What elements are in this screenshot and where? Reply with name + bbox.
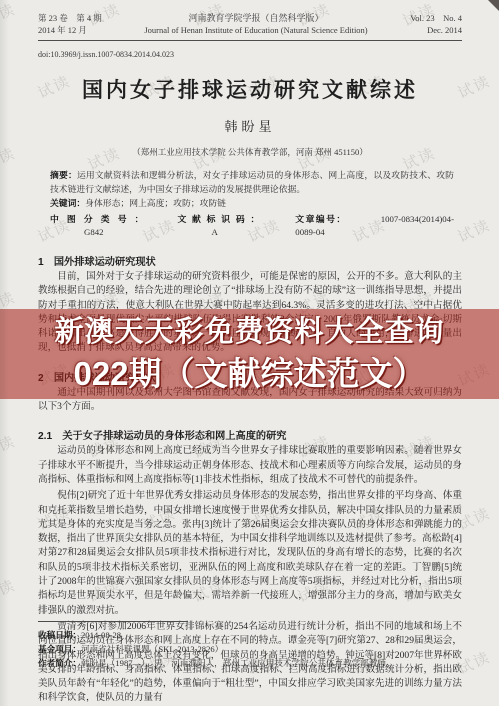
abstract-text: 运用文献资料法和逻辑分析法，对女子排球运动员的身体形态、网上高度，以及攻防技术、… — [50, 170, 454, 194]
issue-date-cn: 2014 年 12 月 — [38, 25, 128, 37]
author-bio-line: 作者简介：韩盼星（1987—），男，河南濮阳人，郑州工业应用技术学院公共体育教学… — [38, 656, 462, 670]
section-2-1-paragraph-2: 倪伟[2]研究了近十年世界优秀女排运动员身体形态的发展态势，指出世界女排的平均身… — [38, 489, 462, 618]
spam-overlay-banner: 新澳天天彩免费资料大全查询 022期（文献综述范文） — [0, 309, 499, 399]
abstract-label: 摘要： — [50, 170, 77, 180]
journal-name-cn: 河南教育学院学报（自然科学版） — [128, 13, 384, 25]
journal-header: 第 23 卷 第 4 期 2014 年 12 月 河南教育学院学报（自然科学版）… — [38, 13, 462, 36]
section-2-1-heading: 2.1 关于女子排球运动员的身体形态和网上高度的研究 — [38, 427, 462, 442]
article-title: 国内女子排球运动研究文献综述 — [38, 74, 462, 104]
issue-volume-cn: 第 23 卷 第 4 期 — [38, 13, 128, 25]
footnote-rule — [38, 621, 188, 622]
issue-volume-en: Vol. 23 No. 4 — [384, 13, 462, 25]
journal-name: 河南教育学院学报（自然科学版） Journal of Henan Institu… — [128, 13, 384, 36]
doc-code-item: 文献标识码：A — [177, 213, 259, 240]
author-affiliation: （郑州工业应用技术学院 公共体育教学部，河南 郑州 451150） — [38, 146, 462, 158]
abstract-line: 摘要：运用文献资料法和逻辑分析法，对女子排球运动员的身体形态、网上高度，以及攻防… — [50, 169, 454, 196]
doi-line: doi:10.3969/j.issn.1007-0834.2014.04.023 — [38, 50, 462, 59]
keywords-line: 关键词：身体形态；网上高度；攻防；攻防链 — [50, 197, 454, 211]
article-id-item: 文章编号：1007-0834(2014)04-0089-04 — [295, 213, 454, 240]
scanned-journal-page: 试读试读试读试读试读试读试读试读试读试读试读试读试读试读试读试读试读试读试读试读… — [0, 0, 499, 706]
keywords-text: 身体形态；网上高度；攻防；攻防链 — [85, 198, 226, 208]
keywords-label: 关键词： — [50, 198, 85, 208]
issue-date-en: Dec. 2014 — [384, 25, 462, 37]
received-date-line: 收稿日期：2014-08-28 — [38, 628, 462, 642]
spam-banner-line-1: 新澳天天彩免费资料大全查询 — [54, 312, 444, 352]
section-1-heading: 1 国外排球运动研究现状 — [38, 253, 462, 268]
clc-item: 中图分类号：G842 — [50, 213, 143, 240]
first-page-footnote: 收稿日期：2014-08-28 基金项目：河南省社科联课题（SKL-2013-2… — [38, 621, 462, 670]
spam-banner-line-2: 022期（文献综述范文） — [73, 352, 425, 396]
page-corner-fold — [488, 0, 499, 11]
abstract-block: 摘要：运用文献资料法和逻辑分析法，对女子排球运动员的身体形态、网上高度，以及攻防… — [50, 169, 454, 240]
header-rule — [38, 40, 462, 41]
article-author: 韩盼星 — [38, 116, 462, 135]
section-2-1-paragraph-1: 运动员的身体形态和网上高度已经成为当今世界女子排球比赛取胜的重要影响因素。随着世… — [38, 444, 462, 487]
classification-line: 中图分类号：G842 文献标识码：A 文章编号：1007-0834(2014)0… — [50, 213, 454, 240]
journal-name-en: Journal of Henan Institute of Education … — [128, 25, 384, 37]
fund-project-line: 基金项目：河南省社科联课题（SKL-2013-2826） — [38, 642, 462, 656]
journal-issue-en: Vol. 23 No. 4 Dec. 2014 — [384, 13, 462, 36]
journal-issue-cn: 第 23 卷 第 4 期 2014 年 12 月 — [38, 13, 128, 36]
